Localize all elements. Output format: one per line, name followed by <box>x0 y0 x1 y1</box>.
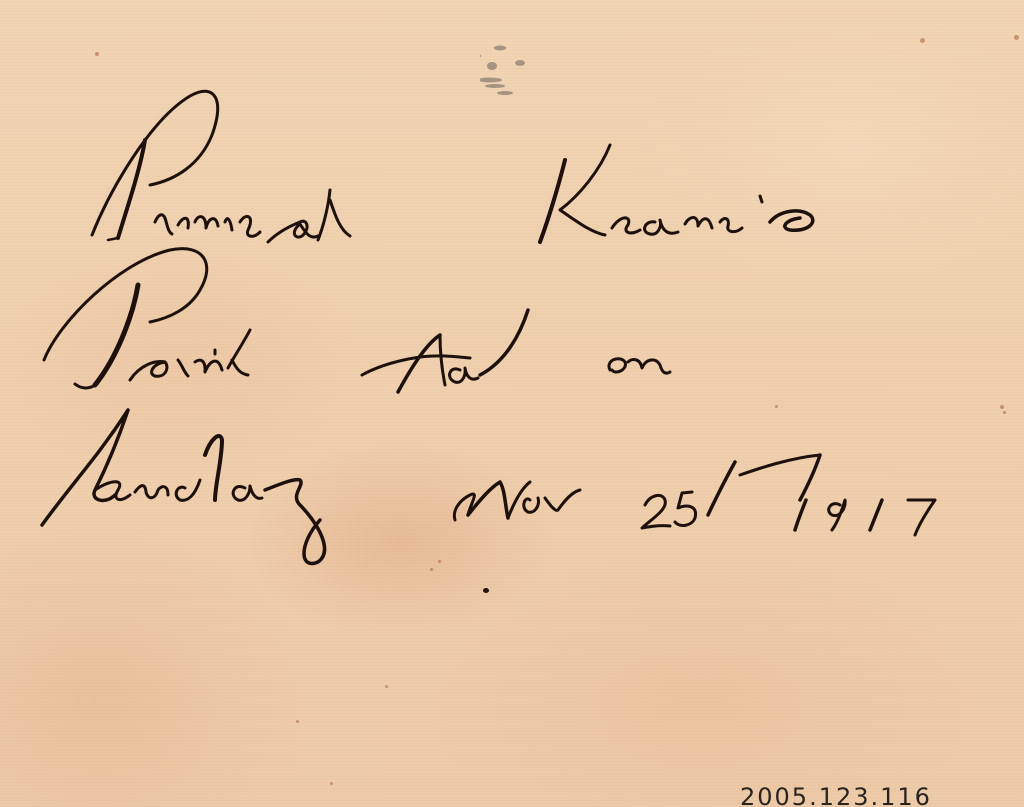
document-paper: Picnic at Keane's Point Aa on Sunday Nov… <box>0 0 1024 807</box>
handwritten-inscription <box>0 0 1024 807</box>
line-1-picnic-at-keanes <box>92 91 813 242</box>
line-2-point-aa-on <box>44 249 670 392</box>
catalog-number: 2005.123.116 <box>740 782 932 807</box>
line-3-sunday-nov-25th-1917 <box>42 410 935 564</box>
